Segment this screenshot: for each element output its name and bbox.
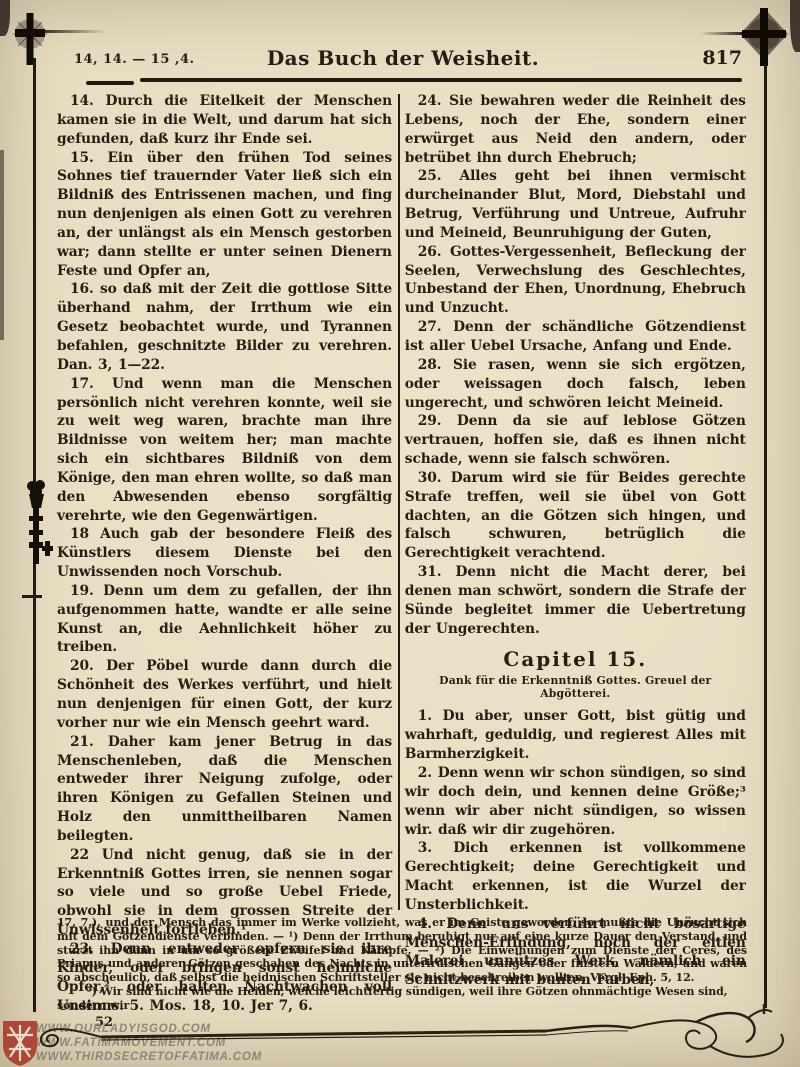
verse-paragraph: 2. Denn wenn wir schon sündigen, so sind… (405, 764, 746, 839)
verse-paragraph: 16. so daß mit der Zeit die gottlose Sit… (57, 280, 392, 374)
verse-paragraph: 1. Du aber, unser Gott, bist gütig und w… (405, 707, 746, 764)
column-divider-rule (398, 94, 400, 910)
verse-paragraph: 18 Auch gab der besondere Fleiß des Küns… (57, 525, 392, 582)
verse-paragraph: 21. Daher kam jener Betrug in das Mensch… (57, 733, 392, 846)
verse-paragraph: 19. Denn um dem zu gefallen, der ihn auf… (57, 582, 392, 657)
header-rule (140, 78, 742, 82)
verse-paragraph: 15. Ein über den frühen Tod seines Sohne… (57, 149, 392, 281)
verse-paragraph: 31. Denn nicht die Macht derer, bei dene… (405, 563, 746, 638)
page-number: 817 (702, 47, 742, 69)
verse-paragraph: 29. Denn da sie auf leblose Götzen vertr… (405, 412, 746, 469)
scroll-flourish-icon (6, 1004, 796, 1064)
right-column: 24. Sie bewahren weder die Reinheit des … (405, 92, 746, 1015)
red-shield-crest-icon (1, 1019, 39, 1067)
cross-ornament-icon (8, 10, 52, 68)
left-column: 14. Durch die Eitelkeit der Menschen kam… (57, 92, 392, 1015)
verse-paragraph: 17. Und wenn man die Menschen persönlich… (57, 375, 392, 526)
scan-artifact (790, 0, 800, 52)
left-border-tick (22, 595, 42, 598)
header-rule-segment (86, 81, 134, 85)
verse-paragraph: 24. Sie bewahren weder die Reinheit des … (405, 92, 746, 167)
scepter-ornament-icon (20, 478, 54, 578)
verse-paragraph: 27. Denn der schändliche Götzendienst is… (405, 318, 746, 356)
verse-paragraph: 20. Der Pöbel wurde dann durch die Schön… (57, 657, 392, 732)
verse-paragraph: 28. Sie rasen, wenn sie sich ergötzen, o… (405, 356, 746, 413)
text-columns: 14. Durch die Eitelkeit der Menschen kam… (57, 92, 747, 1015)
right-border-rule (764, 50, 767, 1008)
verse-paragraph: 3. Dich erkennen ist vollkommene Gerecht… (405, 839, 746, 914)
scan-artifact (0, 150, 4, 340)
chapter-subtitle: Dank für die Erkenntniß Gottes. Greuel d… (405, 674, 746, 700)
verse-paragraph: 30. Darum wird sie für Beides gerechte S… (405, 469, 746, 563)
footnote-text: 17, 7.), und der Mensch das immer im Wer… (57, 916, 747, 985)
verse-paragraph: 25. Alles geht bei ihnen vermischt durch… (405, 167, 746, 242)
book-title: Das Buch der Weisheit. (58, 46, 748, 70)
scanned-book-page: 14, 14. — 15 ,4. Das Buch der Weisheit. … (0, 0, 800, 1067)
chapter-heading: Capitel 15. (405, 647, 746, 671)
verse-paragraph: 14. Durch die Eitelkeit der Menschen kam… (57, 92, 392, 149)
verse-paragraph: 26. Gottes-Vergessenheit, Befleckung der… (405, 243, 746, 318)
page-header: 14, 14. — 15 ,4. Das Buch der Weisheit. … (58, 46, 748, 72)
